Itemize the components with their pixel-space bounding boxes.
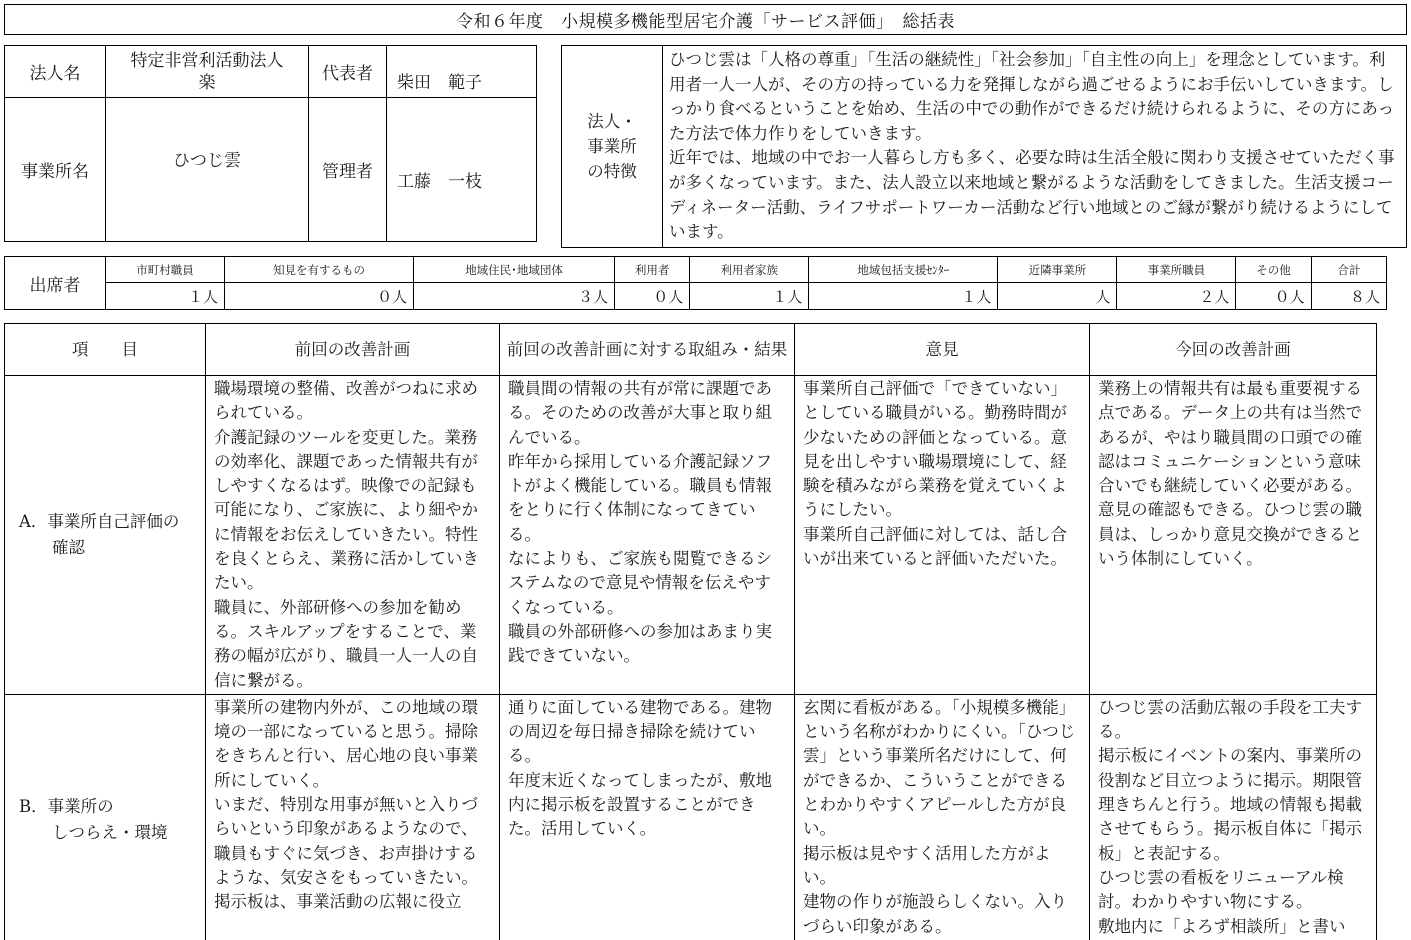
attendees-label: 出席者: [5, 257, 106, 310]
opinion-cell: 事業所自己評価で「できていない」としている職員がいる。勤務時間が少ないための評価…: [795, 376, 1090, 695]
attendee-count: ０人: [1236, 283, 1311, 310]
office-name-value: ひつじ雲: [106, 98, 309, 242]
attendee-count: ０人: [224, 283, 413, 310]
attendees-table: 出席者 市町村職員 知見を有するもの 地域住民･地域団体 利用者 利用者家族 地…: [4, 256, 1387, 310]
representative-label: 代表者: [309, 46, 387, 98]
attendee-count: ２人: [1117, 283, 1236, 310]
header-item: 項 目: [5, 324, 206, 376]
item-label: B．事業所の しつらえ・環境: [5, 694, 206, 940]
attendee-count: １人: [809, 283, 998, 310]
attendee-count: １人: [690, 283, 809, 310]
features-label-line3: の特徴: [562, 159, 662, 184]
features-label-line2: 事業所: [562, 134, 662, 159]
header-opinion: 意見: [795, 324, 1090, 376]
attendee-header: 事業所職員: [1117, 257, 1236, 283]
features-table: 法人・ 事業所 の特徴 ひつじ雲は「人格の尊重」「生活の継続性」「社会参加」「自…: [561, 45, 1407, 248]
header-current-plan: 今回の改善計画: [1090, 324, 1377, 376]
manager-label: 管理者: [309, 98, 387, 242]
attendee-count: 人: [998, 283, 1117, 310]
features-text: ひつじ雲は「人格の尊重」「生活の継続性」「社会参加」「自主性の向上」を理念として…: [663, 46, 1407, 248]
features-label-line1: 法人・: [562, 109, 662, 134]
attendee-header: その他: [1236, 257, 1311, 283]
table-row: B．事業所の しつらえ・環境 事業所の建物内外が、この地域の環境の一部になってい…: [5, 694, 1377, 940]
corp-name-line1: 特定非営利活動法人: [106, 50, 308, 72]
current-plan-cell: 業務上の情報共有は最も重要視する点である。データ上の共有は当然であるが、やはり職…: [1090, 376, 1377, 695]
result-cell: 通りに面している建物である。建物の周辺を毎日掃き掃除を続けている。 年度末近くな…: [500, 694, 795, 940]
table-row: A．事業所自己評価の 確認 職場環境の整備、改善がつねに求められている。 介護記…: [5, 376, 1377, 695]
attendee-header: 地域住民･地域団体: [414, 257, 615, 283]
corp-name-value: 特定非営利活動法人 楽: [106, 46, 309, 98]
corp-name-label: 法人名: [5, 46, 106, 98]
representative-name: 柴田 範子: [387, 46, 537, 98]
attendee-header: 近隣事業所: [998, 257, 1117, 283]
manager-name: 工藤 一枝: [387, 98, 537, 242]
document-title: 令和６年度 小規模多機能型居宅介護「サービス評価」 総括表: [4, 4, 1407, 35]
attendee-count: ０人: [614, 283, 689, 310]
attendee-header: 地域包括支援ｾﾝﾀｰ: [809, 257, 998, 283]
previous-plan-cell: 事業所の建物内外が、この地域の環境の一部になっていると思う。掃除をきちんと行い、…: [206, 694, 500, 940]
attendee-count: ３人: [414, 283, 615, 310]
corporation-info-table: 法人名 特定非営利活動法人 楽 代表者 柴田 範子 事業所名 ひつじ雲 管理者 …: [4, 45, 537, 242]
attendee-header: 市町村職員: [106, 257, 225, 283]
opinion-cell: 玄関に看板がある。「小規模多機能」という名称がわかりにくい。「ひつじ雲」という事…: [795, 694, 1090, 940]
evaluation-table: 項 目 前回の改善計画 前回の改善計画に対する取組み・結果 意見 今回の改善計画…: [4, 323, 1377, 940]
attendee-header: 合計: [1311, 257, 1386, 283]
header-previous-plan: 前回の改善計画: [206, 324, 500, 376]
corp-name-line2: 楽: [106, 72, 308, 94]
current-plan-cell: ひつじ雲の活動広報の手段を工夫する。 掲示板にイベントの案内、事業所の役割など目…: [1090, 694, 1377, 940]
previous-plan-cell: 職場環境の整備、改善がつねに求められている。 介護記録のツールを変更した。業務の…: [206, 376, 500, 695]
header-result: 前回の改善計画に対する取組み・結果: [500, 324, 795, 376]
attendee-count: ８人: [1311, 283, 1386, 310]
item-label: A．事業所自己評価の 確認: [5, 376, 206, 695]
features-label: 法人・ 事業所 の特徴: [562, 46, 663, 248]
attendee-header: 利用者: [614, 257, 689, 283]
result-cell: 職員間の情報の共有が常に課題である。そのための改善が大事と取り組んでいる。 昨年…: [500, 376, 795, 695]
attendee-count: １人: [106, 283, 225, 310]
attendee-header: 知見を有するもの: [224, 257, 413, 283]
office-name-label: 事業所名: [5, 98, 106, 242]
attendee-header: 利用者家族: [690, 257, 809, 283]
